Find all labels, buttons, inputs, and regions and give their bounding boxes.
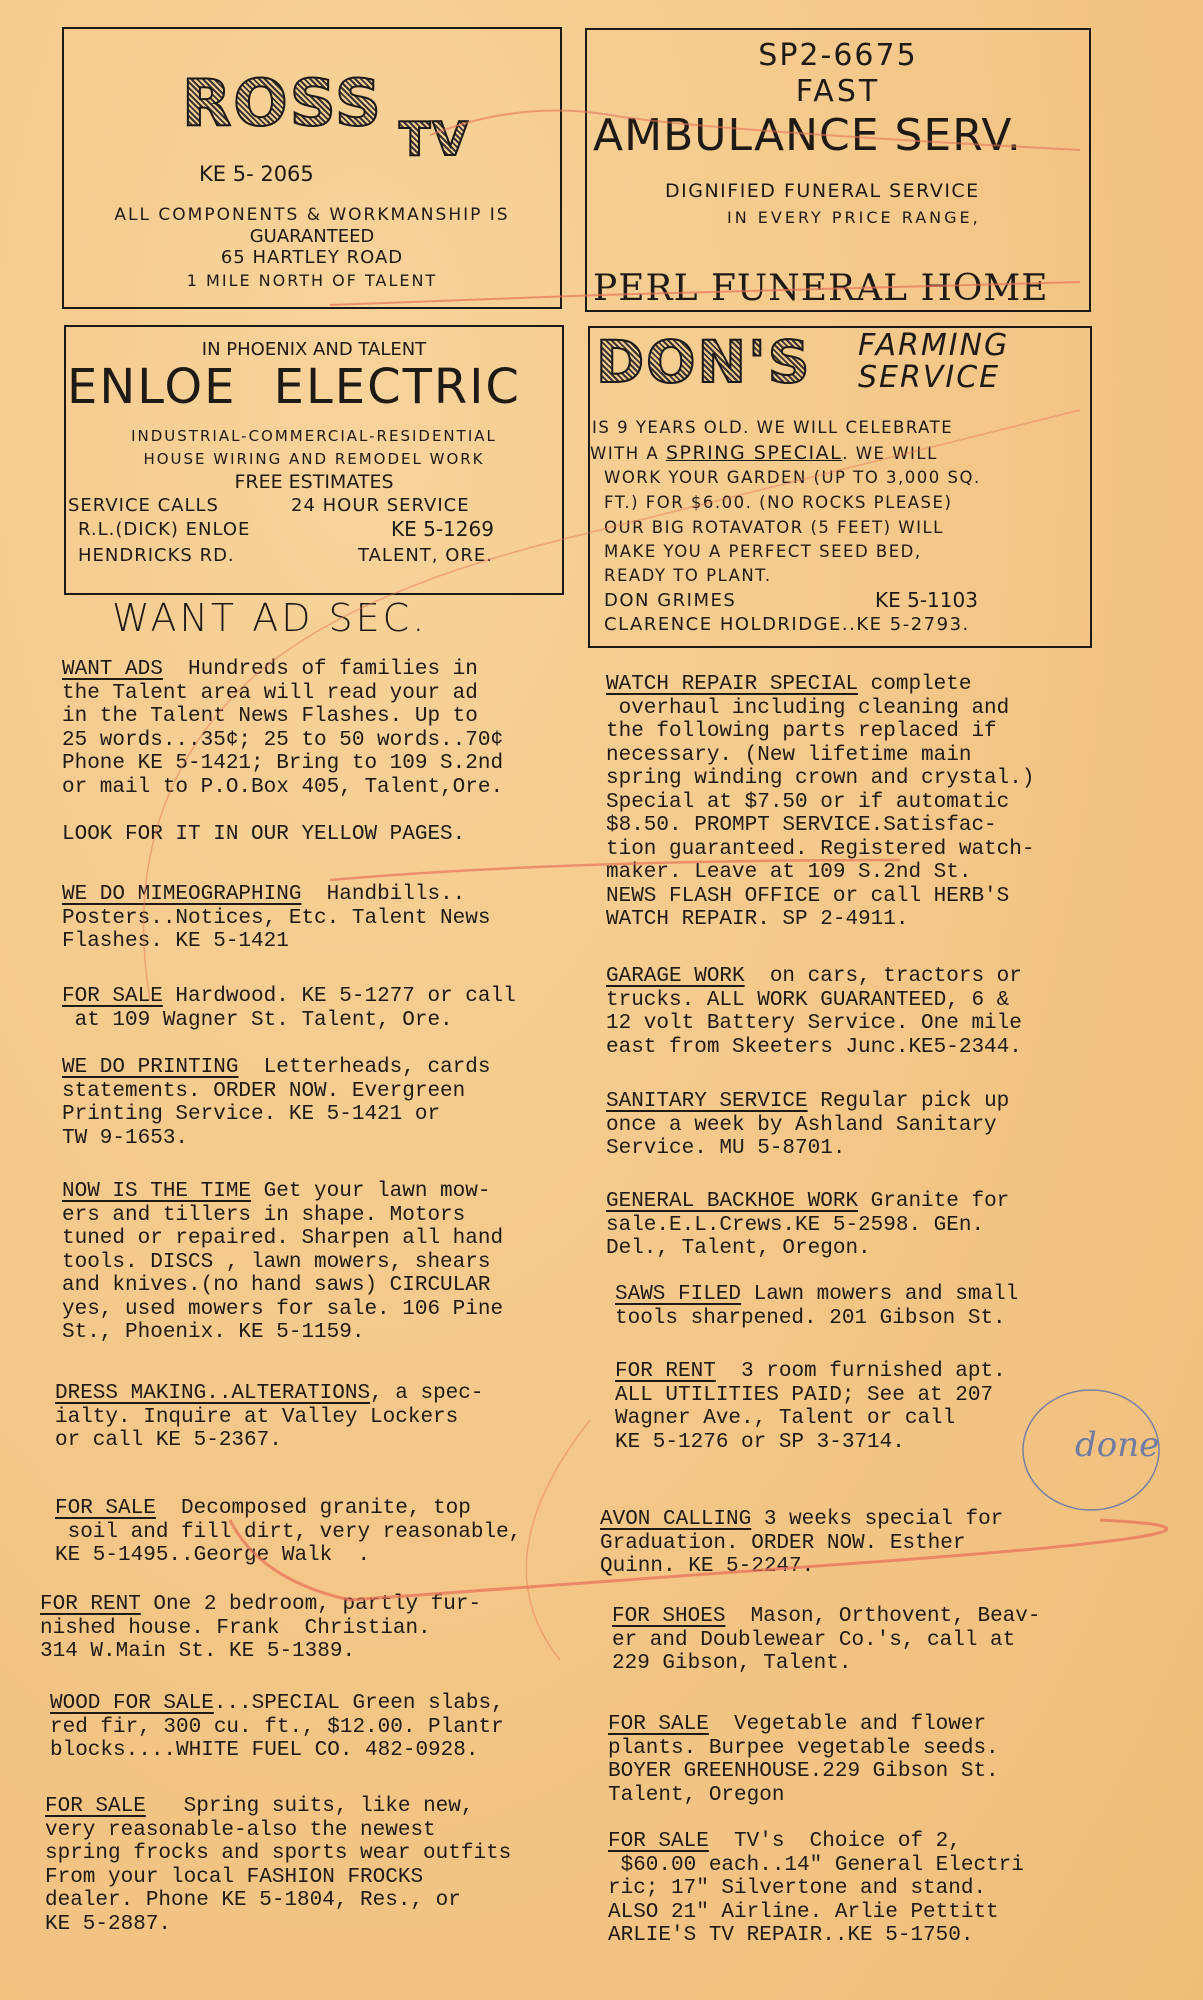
- ross-tv-location: 1 MILE NORTH OF TALENT: [64, 271, 560, 290]
- ad-heading: WE DO PRINTING: [62, 1056, 238, 1079]
- right-ad-2: SANITARY SERVICE Regular pick up once a …: [606, 1090, 1009, 1161]
- dons-line6: MAKE YOU A PERFECT SEED BED,: [604, 542, 922, 561]
- ross-tv-logo-suffix: TV: [399, 114, 470, 164]
- enloe-street: HENDRICKS RD.: [78, 545, 235, 566]
- perl-fast: FAST: [587, 74, 1089, 109]
- enloe-name: ENLOE ELECTRIC: [66, 359, 522, 415]
- dons-contact1-phone: KE 5-1103: [875, 588, 978, 612]
- perl-phone: SP2-6675: [587, 38, 1089, 73]
- dons-contact1-name: DON GRIMES: [604, 590, 736, 611]
- ad-heading: NOW IS THE TIME: [62, 1180, 251, 1203]
- left-ad-7: FOR RENT One 2 bedroom, partly fur- nish…: [40, 1593, 481, 1664]
- right-ad-4: SAWS FILED Lawn mowers and small tools s…: [615, 1283, 1018, 1330]
- ad-heading: GENERAL BACKHOE WORK: [606, 1190, 858, 1213]
- right-ad-0: WATCH REPAIR SPECIAL complete overhaul i…: [606, 673, 1034, 932]
- enloe-owner: R.L.(DICK) ENLOE: [78, 519, 250, 540]
- ross-tv-logo: ROSS: [182, 69, 383, 139]
- ad-heading: FOR SALE: [608, 1830, 709, 1853]
- enloe-24-hour: 24 HOUR SERVICE: [291, 495, 470, 516]
- ross-tv-address: 65 HARTLEY ROAD: [64, 247, 560, 268]
- ad-heading: FOR SALE: [62, 985, 163, 1008]
- ross-tv-phone: KE 5- 2065: [199, 162, 314, 186]
- ad-heading: WATCH REPAIR SPECIAL: [606, 673, 858, 696]
- ad-heading: WE DO MIMEOGRAPHING: [62, 883, 301, 906]
- dons-logo: DON'S: [596, 330, 812, 394]
- left-ad-0: WANT ADS Hundreds of families in the Tal…: [62, 658, 503, 846]
- dons-spring-special: SPRING SPECIAL: [666, 442, 842, 464]
- ad-heading: SAWS FILED: [615, 1283, 741, 1306]
- ad-heading: FOR SHOES: [612, 1605, 725, 1628]
- perl-dignified: DIGNIFIED FUNERAL SERVICE: [665, 180, 980, 202]
- ad-heading: AVON CALLING: [600, 1508, 751, 1531]
- ad-heading: GARAGE WORK: [606, 965, 745, 988]
- left-ad-4: NOW IS THE TIME Get your lawn mow- ers a…: [62, 1180, 503, 1345]
- ad-heading: FOR SALE: [55, 1497, 156, 1520]
- dons-line4: FT.) FOR $6.00. (NO ROCKS PLEASE): [604, 493, 952, 512]
- right-ad-3: GENERAL BACKHOE WORK Granite for sale.E.…: [606, 1190, 1009, 1261]
- perl-name: PERL FUNERAL HOME: [593, 268, 1049, 309]
- enloe-service-calls: SERVICE CALLS: [68, 495, 219, 516]
- dons-line2: WITH A SPRING SPECIAL. WE WILL: [590, 442, 938, 464]
- dons-line1: IS 9 YEARS OLD. WE WILL CELEBRATE: [592, 418, 953, 437]
- ad-heading: WANT ADS: [62, 658, 163, 681]
- left-ad-9: FOR SALE Spring suits, like new, very re…: [45, 1795, 511, 1936]
- dons-line3: WORK YOUR GARDEN (UP TO 3,000 SQ.: [604, 468, 981, 487]
- dons-title-service: SERVICE: [858, 360, 1000, 395]
- ad-body: Get your lawn mow- ers and tillers in sh…: [62, 1180, 503, 1344]
- perl-funeral-ad: SP2-6675 FAST AMBULANCE SERV. DIGNIFIED …: [585, 28, 1091, 312]
- right-ad-8: FOR SALE Vegetable and flower plants. Bu…: [608, 1713, 999, 1807]
- done-note: done: [1075, 1425, 1159, 1465]
- dons-line2-a: WITH A: [590, 444, 666, 463]
- ad-heading: WOOD FOR SALE: [50, 1692, 214, 1715]
- want-ad-section-title: WANT AD SEC.: [112, 596, 427, 640]
- ad-heading: SANITARY SERVICE: [606, 1090, 808, 1113]
- left-ad-6: FOR SALE Decomposed granite, top soil an…: [55, 1497, 521, 1568]
- dons-contact2: CLARENCE HOLDRIDGE..KE 5-2793.: [604, 614, 970, 635]
- dons-title-farming: FARMING: [858, 328, 1009, 363]
- enloe-line2: HOUSE WIRING AND REMODEL WORK: [66, 450, 562, 468]
- ad-body: Hundreds of families in the Talent area …: [62, 658, 503, 846]
- left-ad-8: WOOD FOR SALE...SPECIAL Green slabs, red…: [50, 1692, 504, 1763]
- dons-line2-c: . WE WILL: [842, 444, 938, 463]
- right-ad-7: FOR SHOES Mason, Orthovent, Beav- er and…: [612, 1605, 1040, 1676]
- enloe-line1: INDUSTRIAL-COMMERCIAL-RESIDENTIAL: [66, 427, 562, 445]
- ad-heading: FOR SALE: [45, 1795, 146, 1818]
- perl-ambulance: AMBULANCE SERV.: [593, 110, 1022, 161]
- left-ad-3: WE DO PRINTING Letterheads, cards statem…: [62, 1056, 490, 1150]
- left-ad-2: FOR SALE Hardwood. KE 5-1277 or call at …: [62, 985, 516, 1032]
- right-ad-5: FOR RENT 3 room furnished apt. ALL UTILI…: [615, 1360, 1006, 1454]
- right-ad-6: AVON CALLING 3 weeks special for Graduat…: [600, 1508, 1003, 1579]
- ross-tv-line2: GUARANTEED: [64, 226, 560, 247]
- right-ad-1: GARAGE WORK on cars, tractors or trucks.…: [606, 965, 1022, 1059]
- dons-line5: OUR BIG ROTAVATOR (5 FEET) WILL: [604, 518, 944, 537]
- enloe-phone: KE 5-1269: [391, 517, 494, 541]
- enloe-line3: FREE ESTIMATES: [66, 471, 562, 493]
- perl-price-range: IN EVERY PRICE RANGE,: [727, 208, 981, 227]
- ad-heading: FOR RENT: [40, 1593, 141, 1616]
- ad-body: complete overhaul including cleaning and…: [606, 673, 1034, 931]
- ross-tv-ad: ROSS TV KE 5- 2065 ALL COMPONENTS & WORK…: [62, 27, 562, 309]
- ad-heading: DRESS MAKING..ALTERATIONS: [55, 1382, 370, 1405]
- enloe-tagline: IN PHOENIX AND TALENT: [66, 339, 562, 360]
- enloe-city: TALENT, ORE.: [358, 545, 493, 566]
- left-ad-1: WE DO MIMEOGRAPHING Handbills.. Posters.…: [62, 883, 490, 954]
- ross-tv-line1: ALL COMPONENTS & WORKMANSHIP IS: [64, 205, 560, 225]
- dons-farming-ad: DON'S FARMING SERVICE IS 9 YEARS OLD. WE…: [588, 326, 1092, 648]
- ad-heading: FOR SALE: [608, 1713, 709, 1736]
- ad-heading: FOR RENT: [615, 1360, 716, 1383]
- right-ad-9: FOR SALE TV's Choice of 2, $60.00 each..…: [608, 1830, 1024, 1948]
- enloe-electric-ad: IN PHOENIX AND TALENT ENLOE ELECTRIC IND…: [64, 325, 564, 595]
- left-ad-5: DRESS MAKING..ALTERATIONS, a spec- ialty…: [55, 1382, 483, 1453]
- dons-line7: READY TO PLANT.: [604, 566, 772, 585]
